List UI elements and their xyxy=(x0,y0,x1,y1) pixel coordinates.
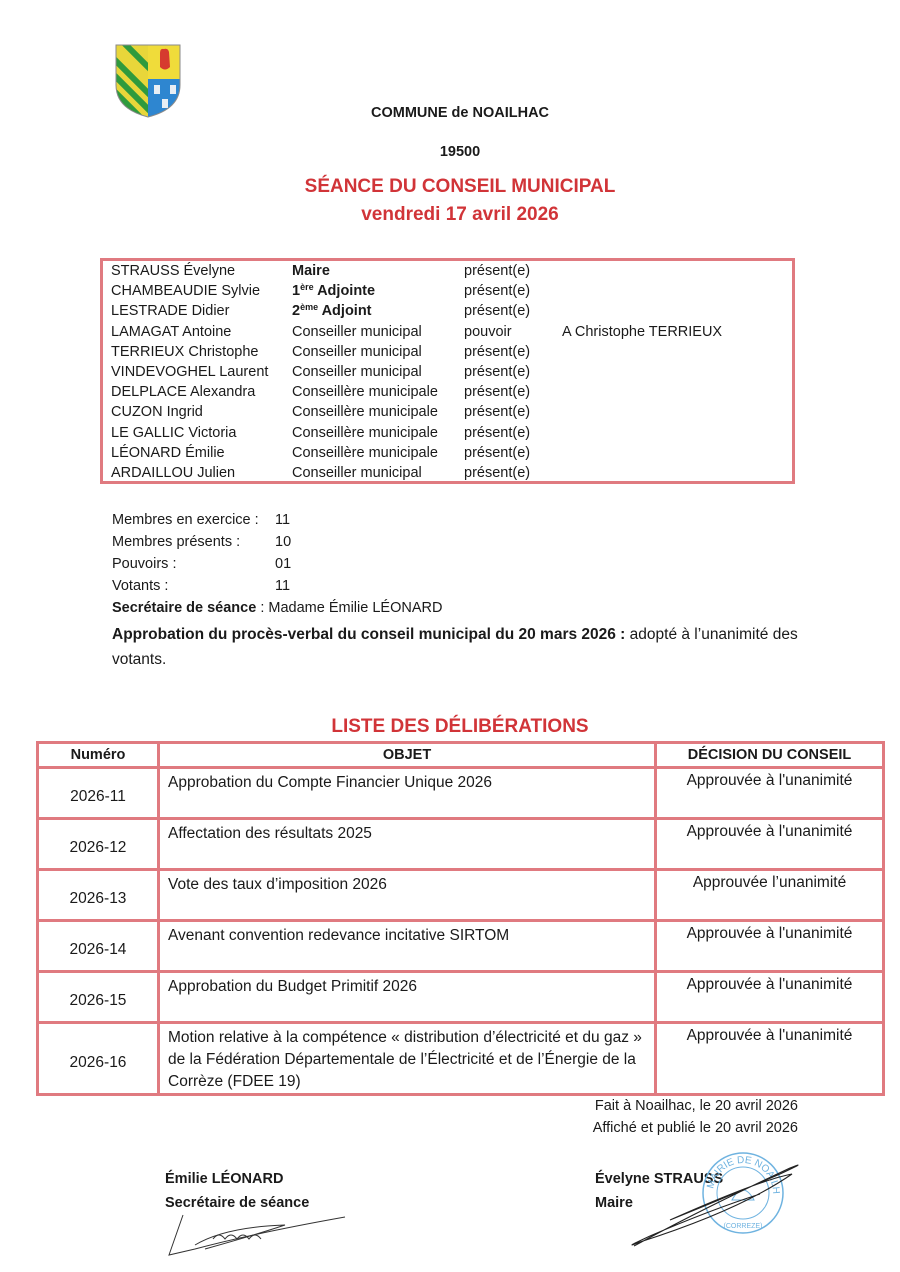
table-row: 2026-16Motion relative à la compétence «… xyxy=(38,1023,884,1095)
member-status: présent(e) xyxy=(464,465,530,481)
member-row: VINDEVOGHEL LaurentConseiller municipalp… xyxy=(103,364,792,384)
member-row: STRAUSS ÉvelyneMaireprésent(e) xyxy=(103,263,792,283)
deliberation-decision: Approuvée l’unanimité xyxy=(656,870,884,921)
deliberation-number: 2026-12 xyxy=(38,819,159,870)
member-status: présent(e) xyxy=(464,384,530,400)
stat-label: Membres présents : xyxy=(112,534,240,550)
deliberation-decision: Approuvée à l'unanimité xyxy=(656,819,884,870)
member-row: ARDAILLOU JulienConseiller municipalprés… xyxy=(103,465,792,485)
member-status: pouvoir xyxy=(464,324,512,340)
member-role: 1ère Adjointe xyxy=(292,283,375,299)
deliberation-number: 2026-15 xyxy=(38,972,159,1023)
member-role: Conseiller municipal xyxy=(292,344,422,360)
footer-dates: Fait à Noailhac, le 20 avril 2026 Affich… xyxy=(540,1095,798,1139)
member-role: Conseiller municipal xyxy=(292,465,422,481)
deliberations-title: LISTE DES DÉLIBÉRATIONS xyxy=(0,716,900,738)
member-row: LE GALLIC VictoriaConseillère municipale… xyxy=(103,425,792,445)
deliberation-object: Avenant convention redevance incitative … xyxy=(159,921,656,972)
member-row: LÉONARD ÉmilieConseillère municipaleprés… xyxy=(103,445,792,465)
col-header-object: OBJET xyxy=(159,743,656,768)
mayor-signature-icon xyxy=(610,1150,810,1260)
deliberation-decision: Approuvée à l'unanimité xyxy=(656,768,884,819)
table-row: 2026-13Vote des taux d’imposition 2026Ap… xyxy=(38,870,884,921)
deliberation-object: Approbation du Budget Primitif 2026 xyxy=(159,972,656,1023)
member-role: Conseillère municipale xyxy=(292,404,438,420)
secretary-label: Secrétaire de séance xyxy=(112,600,256,616)
member-role: Conseiller municipal xyxy=(292,324,422,340)
member-status: présent(e) xyxy=(464,445,530,461)
member-row: DELPLACE AlexandraConseillère municipale… xyxy=(103,384,792,404)
col-header-decision: DÉCISION DU CONSEIL xyxy=(656,743,884,768)
minutes-approval: Approbation du procès-verbal du conseil … xyxy=(112,622,812,672)
member-status: présent(e) xyxy=(464,263,530,279)
member-role: Maire xyxy=(292,263,330,279)
stat-label: Membres en exercice : xyxy=(112,512,259,528)
member-role: Conseiller municipal xyxy=(292,364,422,380)
member-name: VINDEVOGHEL Laurent xyxy=(111,364,268,380)
deliberation-decision: Approuvée à l'unanimité xyxy=(656,972,884,1023)
deliberation-object: Affectation des résultats 2025 xyxy=(159,819,656,870)
member-name: ARDAILLOU Julien xyxy=(111,465,235,481)
postal-code: 19500 xyxy=(0,144,900,160)
deliberation-object: Vote des taux d’imposition 2026 xyxy=(159,870,656,921)
member-status: présent(e) xyxy=(464,404,530,420)
member-row: LAMAGAT AntoineConseiller municipalpouvo… xyxy=(103,324,792,344)
member-role: Conseillère municipale xyxy=(292,384,438,400)
stat-label: Pouvoirs : xyxy=(112,556,176,572)
member-role: Conseillère municipale xyxy=(292,425,438,441)
deliberation-number: 2026-14 xyxy=(38,921,159,972)
secretary-name: Émilie LÉONARD xyxy=(165,1167,309,1191)
approval-label: Approbation du procès-verbal du conseil … xyxy=(112,626,625,643)
published-line: Affiché et publié le 20 avril 2026 xyxy=(540,1117,798,1139)
table-row: 2026-15Approbation du Budget Primitif 20… xyxy=(38,972,884,1023)
stat-label: Votants : xyxy=(112,578,168,594)
member-status: présent(e) xyxy=(464,425,530,441)
table-row: 2026-14Avenant convention redevance inci… xyxy=(38,921,884,972)
member-name: LÉONARD Émilie xyxy=(111,445,225,461)
session-title: SÉANCE DU CONSEIL MUNICIPAL xyxy=(0,176,900,198)
stat-value: 01 xyxy=(275,556,291,572)
member-row: TERRIEUX ChristopheConseiller municipalp… xyxy=(103,344,792,364)
deliberation-object: Motion relative à la compétence « distri… xyxy=(159,1023,656,1095)
member-status: présent(e) xyxy=(464,283,530,299)
deliberation-number: 2026-13 xyxy=(38,870,159,921)
member-name: TERRIEUX Christophe xyxy=(111,344,258,360)
deliberations-table: Numéro OBJET DÉCISION DU CONSEIL 2026-11… xyxy=(36,741,885,1096)
deliberation-decision: Approuvée à l'unanimité xyxy=(656,921,884,972)
member-name: LESTRADE Didier xyxy=(111,303,229,319)
session-date: vendredi 17 avril 2026 xyxy=(0,204,900,226)
member-row: CHAMBEAUDIE Sylvie1ère Adjointeprésent(e… xyxy=(103,283,792,303)
session-secretary: Secrétaire de séance : Madame Émilie LÉO… xyxy=(112,600,442,616)
member-row: CUZON IngridConseillère municipaleprésen… xyxy=(103,404,792,424)
deliberation-number: 2026-16 xyxy=(38,1023,159,1095)
member-name: CUZON Ingrid xyxy=(111,404,203,420)
member-name: STRAUSS Évelyne xyxy=(111,263,235,279)
deliberation-number: 2026-11 xyxy=(38,768,159,819)
member-role: 2ème Adjoint xyxy=(292,303,372,319)
commune-name: COMMUNE de NOAILHAC xyxy=(0,105,900,121)
member-name: CHAMBEAUDIE Sylvie xyxy=(111,283,260,299)
member-row: LESTRADE Didier2ème Adjointprésent(e) xyxy=(103,303,792,323)
deliberation-object: Approbation du Compte Financier Unique 2… xyxy=(159,768,656,819)
member-status: présent(e) xyxy=(464,303,530,319)
stat-value: 10 xyxy=(275,534,291,550)
member-name: LAMAGAT Antoine xyxy=(111,324,231,340)
member-name: LE GALLIC Victoria xyxy=(111,425,236,441)
member-status: présent(e) xyxy=(464,344,530,360)
secretary-value: : Madame Émilie LÉONARD xyxy=(256,600,442,616)
deliberation-decision: Approuvée à l'unanimité xyxy=(656,1023,884,1095)
col-header-number: Numéro xyxy=(38,743,159,768)
member-proxy-note: A Christophe TERRIEUX xyxy=(562,324,722,340)
member-role: Conseillère municipale xyxy=(292,445,438,461)
secretary-signature-icon xyxy=(165,1205,355,1265)
table-row: 2026-11Approbation du Compte Financier U… xyxy=(38,768,884,819)
table-row: 2026-12Affectation des résultats 2025App… xyxy=(38,819,884,870)
table-header-row: Numéro OBJET DÉCISION DU CONSEIL xyxy=(38,743,884,768)
member-status: présent(e) xyxy=(464,364,530,380)
made-at-line: Fait à Noailhac, le 20 avril 2026 xyxy=(540,1095,798,1117)
member-name: DELPLACE Alexandra xyxy=(111,384,255,400)
stat-value: 11 xyxy=(275,512,290,528)
members-attendance-box: STRAUSS ÉvelyneMaireprésent(e)CHAMBEAUDI… xyxy=(100,258,795,484)
stat-value: 11 xyxy=(275,578,290,594)
